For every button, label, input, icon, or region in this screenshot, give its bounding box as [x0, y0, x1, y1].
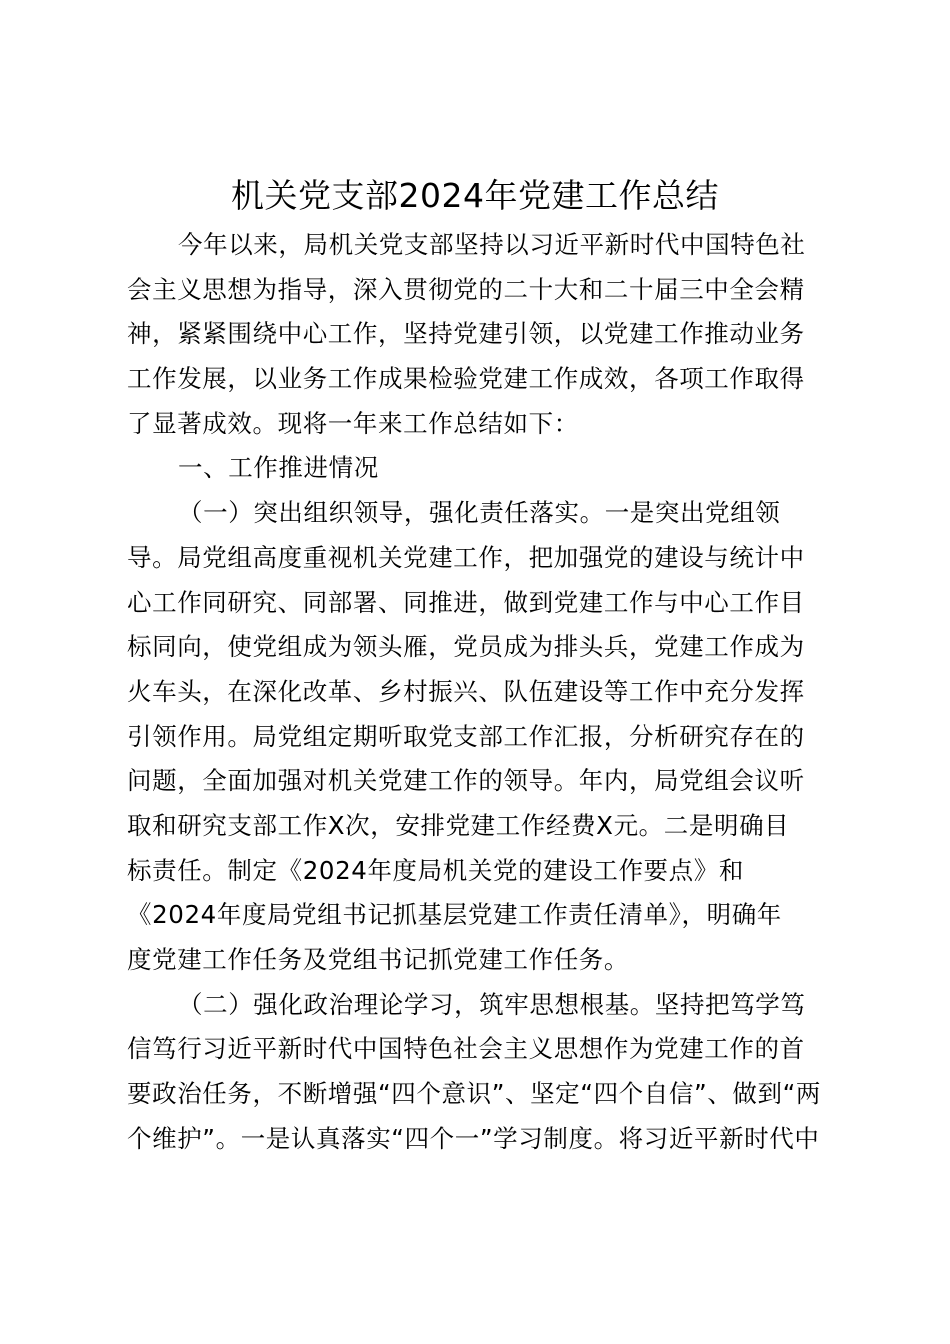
paragraph-line: 了显著成效。现将一年来工作总结如下：	[127, 402, 827, 447]
paragraph-first-line: 今年以来，局机关党支部坚持以习近平新时代中国特色社	[127, 223, 827, 268]
paragraph-line: 神，紧紧围绕中心工作，坚持党建引领，以党建工作推动业务	[127, 312, 827, 357]
paragraph-line: 标同向，使党组成为领头雁，党员成为排头兵，党建工作成为	[127, 625, 827, 670]
document-title: 机关党支部2024年党建工作总结	[0, 172, 950, 220]
paragraph-line: 导。局党组高度重视机关党建工作，把加强党的建设与统计中	[127, 536, 827, 581]
paragraph-first-line: （二）强化政治理论学习，筑牢思想根基。坚持把笃学笃	[127, 983, 827, 1028]
paragraph-line: 引领作用。局党组定期听取党支部工作汇报，分析研究存在的	[127, 715, 827, 760]
paragraph-line: 个维护”。一是认真落实“四个一”学习制度。将习近平新时代中	[127, 1117, 827, 1162]
paragraph-line: 问题，全面加强对机关党建工作的领导。年内，局党组会议听	[127, 759, 827, 804]
document-body: 今年以来，局机关党支部坚持以习近平新时代中国特色社会主义思想为指导，深入贯彻党的…	[127, 223, 827, 1161]
paragraph-line: 心工作同研究、同部署、同推进，做到党建工作与中心工作目	[127, 581, 827, 626]
paragraph-first-line: 一、工作推进情况	[127, 446, 827, 491]
paragraph-line: 工作发展，以业务工作成果检验党建工作成效，各项工作取得	[127, 357, 827, 402]
paragraph-line: 会主义思想为指导，深入贯彻党的二十大和二十届三中全会精	[127, 268, 827, 313]
paragraph-line: 度党建工作任务及党组书记抓党建工作任务。	[127, 938, 827, 983]
paragraph-line: 标责任。制定《2024年度局机关党的建设工作要点》和	[127, 849, 827, 894]
paragraph-line: 火车头，在深化改革、乡村振兴、队伍建设等工作中充分发挥	[127, 670, 827, 715]
paragraph-first-line: （一）突出组织领导，强化责任落实。一是突出党组领	[127, 491, 827, 536]
paragraph-line: 《2024年度局党组书记抓基层党建工作责任清单》，明确年	[127, 893, 827, 938]
paragraph-line: 信笃行习近平新时代中国特色社会主义思想作为党建工作的首	[127, 1027, 827, 1072]
document-page: 机关党支部2024年党建工作总结 今年以来，局机关党支部坚持以习近平新时代中国特…	[0, 0, 950, 1344]
paragraph-line: 要政治任务，不断增强“四个意识”、坚定“四个自信”、做到“两	[127, 1072, 827, 1117]
paragraph-line: 取和研究支部工作X次，安排党建工作经费X元。二是明确目	[127, 804, 827, 849]
